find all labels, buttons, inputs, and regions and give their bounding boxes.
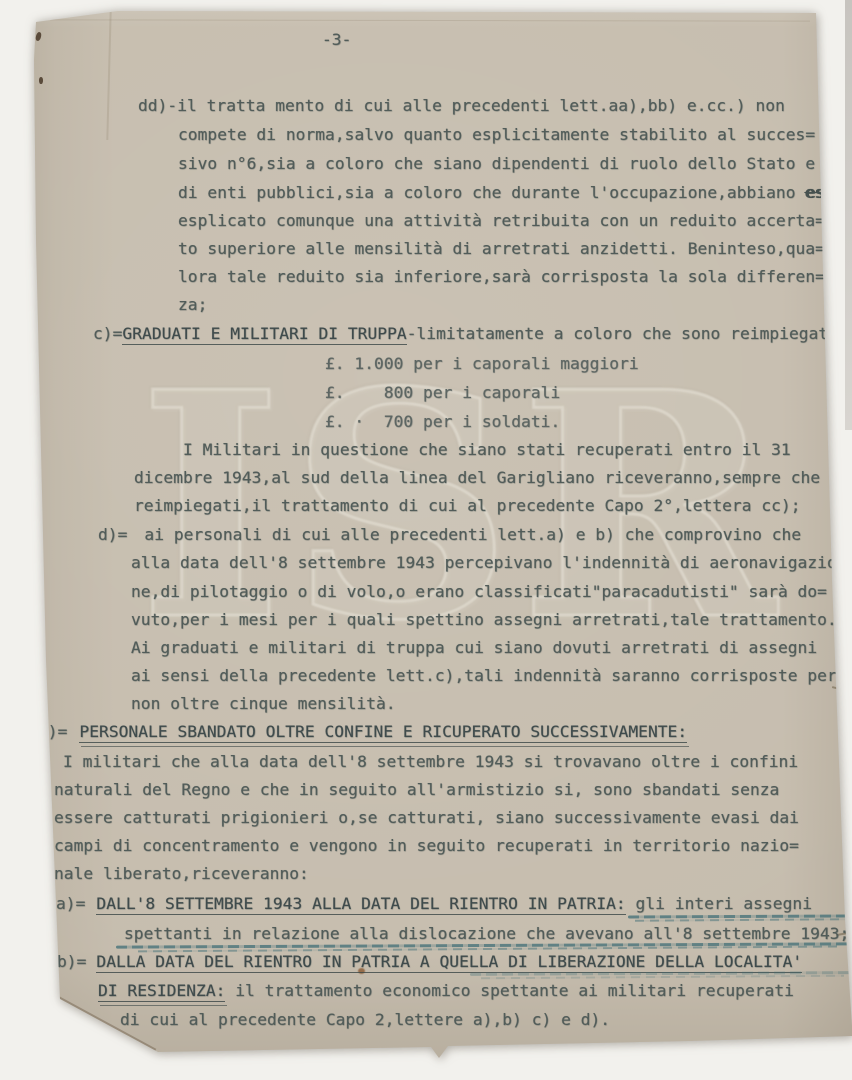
fold-crease-top <box>50 19 810 21</box>
item-a-heading-tail: gli interi assegni <box>626 894 812 913</box>
line-amount-caporali: £. 800 per i caporali <box>325 383 560 403</box>
paper-shadow: ISR -3- dd)-il tratta mento di cui alle … <box>0 0 852 1080</box>
line-a-2: spettanti in relazione alla dislocazione… <box>124 924 849 944</box>
line-dd-3: sivo n°6,sia a coloro che siano dipenden… <box>178 154 815 174</box>
line-s3-4: campi di concentramento e vengono in seg… <box>54 836 799 856</box>
section-3-heading-underlined: PERSONALE SBANDATO OLTRE CONFINE E RICUP… <box>79 722 687 743</box>
line-s3-3: essere catturati prigionieri o,se cattur… <box>54 808 799 828</box>
line-amount-caporali-maggiori: £. 1.000 per i caporali maggiori <box>325 354 639 374</box>
line-d-5: Ai graduati e militari di truppa cui sia… <box>131 638 817 658</box>
pencil-underline-b-heading <box>470 971 852 976</box>
line-d-1: d)=ai personali di cui alle precedenti l… <box>98 525 801 545</box>
staple-mark <box>35 32 42 42</box>
line-d-2: alla data dell'8 settembre 1943 percepiv… <box>131 553 847 573</box>
item-b-heading2: DI RESIDENZA: il trattamento economico s… <box>98 981 794 1001</box>
line-d-6: ai sensi della precedente lett.c),tali i… <box>131 666 837 686</box>
line-d-1-text: ai personali di cui alle precedenti lett… <box>144 525 801 544</box>
line-dd-5: esplicato comunque una attività retribui… <box>178 211 825 231</box>
item-a-label: a)= <box>56 894 85 913</box>
line-c-1: I Militari in questione che siano stati … <box>183 440 791 460</box>
line-d-4: vuto,per i mesi per i quali spettino ass… <box>131 610 837 630</box>
line-dd-4: di enti pubblici,sia a coloro che durant… <box>178 183 835 203</box>
item-a-heading: a)=DALL'8 SETTEMBRE 1943 ALLA DATA DEL R… <box>56 894 812 914</box>
item-c-label: c)= <box>93 324 122 343</box>
item-b-heading: b)=DALLA DATA DEL RIENTRO IN PATRIA A QU… <box>57 952 802 972</box>
page-number: -3- <box>322 30 351 50</box>
line-dd-8: za; <box>178 295 207 315</box>
item-b-heading2-tail: il trattamento economico spettante ai mi… <box>225 981 794 1000</box>
line-dd-2: compete di norma,salvo quanto esplicitam… <box>178 125 815 145</box>
edge-tear <box>832 686 848 691</box>
line-s3-5: nale liberato,riceveranno: <box>54 864 309 884</box>
fold-crease-vertical <box>106 10 111 140</box>
line-s3-1: I militari che alla data dell'8 settembr… <box>63 752 798 772</box>
line-d-3: ne,di pilotaggio o di volo,o erano class… <box>131 582 827 602</box>
line-c-2: dicembre 1943,al sud della linea del Gar… <box>134 468 820 488</box>
line-c-heading: c)=GRADUATI E MILITARI DI TRUPPA-limitat… <box>93 324 838 344</box>
line-d-7: non oltre cinque mensilità. <box>131 694 396 714</box>
line-c-3: reimpiegati,il trattamento di cui al pre… <box>134 496 801 516</box>
item-b-heading-underlined: DALLA DATA DEL RIENTRO IN PATRIA A QUELL… <box>96 952 802 973</box>
scanned-document-view: ISR -3- dd)-il tratta mento di cui alle … <box>0 0 852 1080</box>
item-b-heading2-underlined: DI RESIDENZA: <box>98 981 225 1002</box>
line-amount-soldati: £. · 700 per i soldati. <box>325 412 560 432</box>
line-dd-6: to superiore alle mensilità di arretrati… <box>178 239 825 259</box>
line-dd-7: lora tale reduito sia inferiore,sarà cor… <box>178 267 825 287</box>
line-b-3: di cui al precedente Capo 2,lettere a),b… <box>120 1010 610 1030</box>
staple-mark <box>39 77 43 84</box>
item-b-label: b)= <box>57 952 86 971</box>
item-a-heading-underlined: DALL'8 SETTEMBRE 1943 ALLA DATA DEL RIEN… <box>96 894 625 915</box>
line-s3-2: naturali del Regno e che in seguito all'… <box>54 780 779 800</box>
document-page: ISR -3- dd)-il tratta mento di cui alle … <box>0 0 852 1080</box>
pencil-underline-interi-assegni <box>628 915 850 919</box>
line-dd-1: dd)-il tratta mento di cui alle preceden… <box>138 96 785 116</box>
item-c-heading-tail: -limitatamente a coloro che sono reimpie… <box>407 324 838 343</box>
section-3-heading: 3)=PERSONALE SBANDATO OLTRE CONFINE E RI… <box>38 722 687 742</box>
item-d-label: d)= <box>98 525 127 544</box>
line-dd-4-text: di enti pubblici,sia a coloro che durant… <box>178 183 805 202</box>
overtyped-correction: esp <box>805 183 834 202</box>
section-3-label: 3)= <box>38 722 67 741</box>
item-c-heading-underlined: GRADUATI E MILITARI DI TRUPPA <box>122 324 406 345</box>
